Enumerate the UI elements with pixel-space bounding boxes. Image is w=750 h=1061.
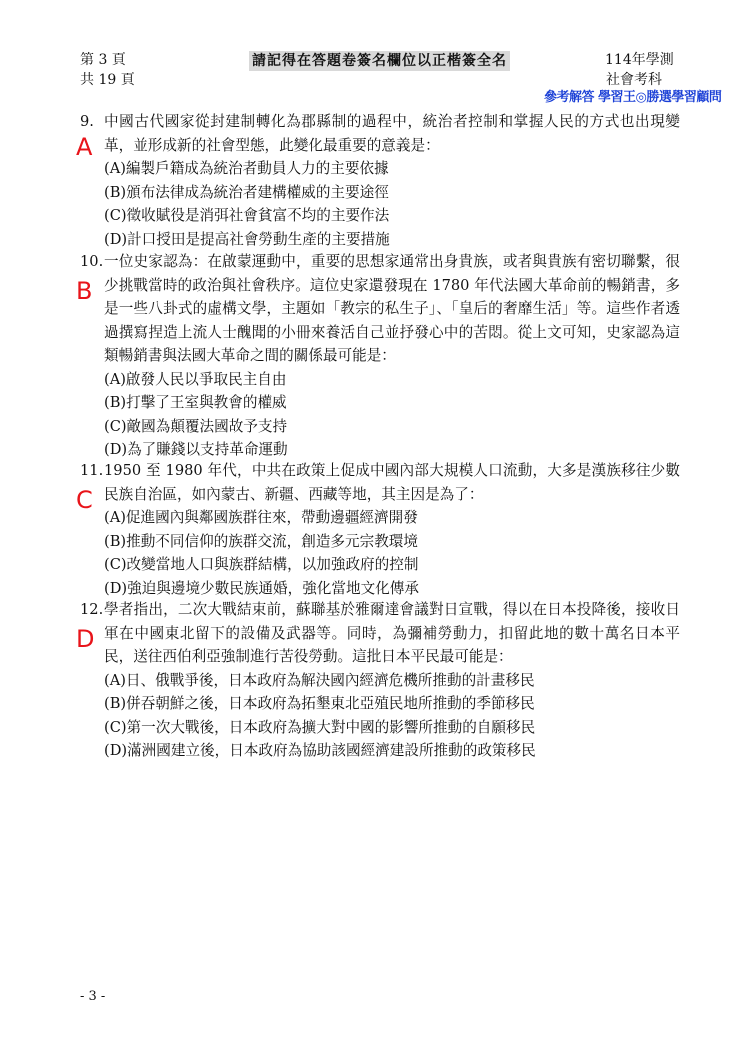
question-stem: 12. 學者指出，二次大戰結束前，蘇聯基於雅爾達會議對日宣戰，得以在日本投降後，… xyxy=(80,598,680,669)
page-info: 第 3 頁 共 19 頁 xyxy=(80,50,135,90)
signature-notice: 請記得在答題卷簽名欄位以正楷簽全名 xyxy=(249,51,510,71)
question-11: C 11. 1950 至 1980 年代，中共在政策上促成中國內部大規模人口流動… xyxy=(80,459,680,600)
subject-title: 社會考科 xyxy=(605,70,674,90)
option-a: (A)促進國內與鄰國族群往來，帶動邊疆經濟開發 xyxy=(104,506,680,530)
option-b: (B)頒布法律成為統治者建構權威的主要途徑 xyxy=(104,181,680,205)
option-a: (A)編製戶籍成為統治者動員人力的主要依據 xyxy=(104,157,680,181)
total-pages-label: 共 19 頁 xyxy=(80,70,135,90)
stem-line: 一位史家認為：在啟蒙運動中，重要的思想家通常出身貴族，或者與貴族有密切聯繫， xyxy=(104,253,665,270)
question-number: 12. xyxy=(80,598,103,622)
options-list: (A)啟發人民以爭取民主自由 (B)打擊了王室與教會的權威 (C)敵國為顛覆法國… xyxy=(104,368,680,462)
option-c: (C)第一次大戰後，日本政府為擴大對中國的影響所推動的自願移民 xyxy=(104,716,680,740)
options-list: (A)編製戶籍成為統治者動員人力的主要依據 (B)頒布法律成為統治者建構權威的主… xyxy=(104,157,680,251)
question-9: A 9. 中國古代國家從封建制轉化為郡縣制的過程中，統治者控制和掌握人民的方式也… xyxy=(80,110,680,251)
option-c: (C)敵國為顛覆法國故予支持 xyxy=(104,415,680,439)
exam-info: 114年學測 社會考科 xyxy=(605,50,674,90)
option-b: (B)併吞朝鮮之後，日本政府為拓墾東北亞殖民地所推動的季節移民 xyxy=(104,692,680,716)
stem-line: 1950 至 1980 年代，中共在政策上促成中國內部大規模人口流動，大多是漢族… xyxy=(104,462,680,479)
question-number: 11. xyxy=(80,459,103,483)
question-stem: 11. 1950 至 1980 年代，中共在政策上促成中國內部大規模人口流動，大… xyxy=(80,459,680,506)
question-10: B 10. 一位史家認為：在啟蒙運動中，重要的思想家通常出身貴族，或者與貴族有密… xyxy=(80,250,680,462)
option-b: (B)推動不同信仰的族群交流，創造多元宗教環境 xyxy=(104,530,680,554)
options-list: (A)促進國內與鄰國族群往來，帶動邊疆經濟開發 (B)推動不同信仰的族群交流，創… xyxy=(104,506,680,600)
option-b: (B)打擊了王室與教會的權威 xyxy=(104,391,680,415)
options-list: (A)日、俄戰爭後，日本政府為解決國內經濟危機所推動的計畫移民 (B)併吞朝鮮之… xyxy=(104,669,680,763)
question-number: 10. xyxy=(80,250,103,274)
question-stem: 10. 一位史家認為：在啟蒙運動中，重要的思想家通常出身貴族，或者與貴族有密切聯… xyxy=(80,250,680,368)
exam-title: 114年學測 xyxy=(605,50,674,70)
stem-line: 中國古代國家從封建制轉化為郡縣制的過程中，統治者控制和掌握人民的方式也出現 xyxy=(104,113,665,130)
page-footer-number: - 3 - xyxy=(80,989,105,1004)
option-a: (A)日、俄戰爭後，日本政府為解決國內經濟危機所推動的計畫移民 xyxy=(104,669,680,693)
question-text: 中國古代國家從封建制轉化為郡縣制的過程中，統治者控制和掌握人民的方式也出現變革，… xyxy=(104,110,680,157)
question-12: D 12. 學者指出，二次大戰結束前，蘇聯基於雅爾達會議對日宣戰，得以在日本投降… xyxy=(80,598,680,763)
page-number-label: 第 3 頁 xyxy=(80,50,135,70)
option-d: (D)滿洲國建立後，日本政府為協助該國經濟建設所推動的政策移民 xyxy=(104,739,680,763)
option-c: (C)徵收賦役是消弭社會貧富不均的主要作法 xyxy=(104,204,680,228)
question-number: 9. xyxy=(80,110,94,134)
stem-line: 學者指出，二次大戰結束前，蘇聯基於雅爾達會議對日宣戰，得以在日本投降後，接收 xyxy=(104,601,665,618)
stem-line: 民族自治區，如內蒙古、新疆、西藏等地，其主因是為了： xyxy=(104,486,483,503)
option-d: (D)強迫與邊境少數民族通婚，強化當地文化傳承 xyxy=(104,577,680,601)
option-d: (D)計口授田是提高社會勞動生產的主要措施 xyxy=(104,228,680,252)
option-a: (A)啟發人民以爭取民主自由 xyxy=(104,368,680,392)
question-text: 1950 至 1980 年代，中共在政策上促成中國內部大規模人口流動，大多是漢族… xyxy=(104,459,680,506)
answer-source-label: 參考解答 學習王◎勝選學習顧問 xyxy=(544,90,721,106)
option-d: (D)為了賺錢以支持革命運動 xyxy=(104,438,680,462)
question-text: 一位史家認為：在啟蒙運動中，重要的思想家通常出身貴族，或者與貴族有密切聯繫，很少… xyxy=(104,250,680,368)
question-text: 學者指出，二次大戰結束前，蘇聯基於雅爾達會議對日宣戰，得以在日本投降後，接收日軍… xyxy=(104,598,680,669)
question-stem: 9. 中國古代國家從封建制轉化為郡縣制的過程中，統治者控制和掌握人民的方式也出現… xyxy=(80,110,680,157)
option-c: (C)改變當地人口與族群結構，以加強政府的控制 xyxy=(104,553,680,577)
